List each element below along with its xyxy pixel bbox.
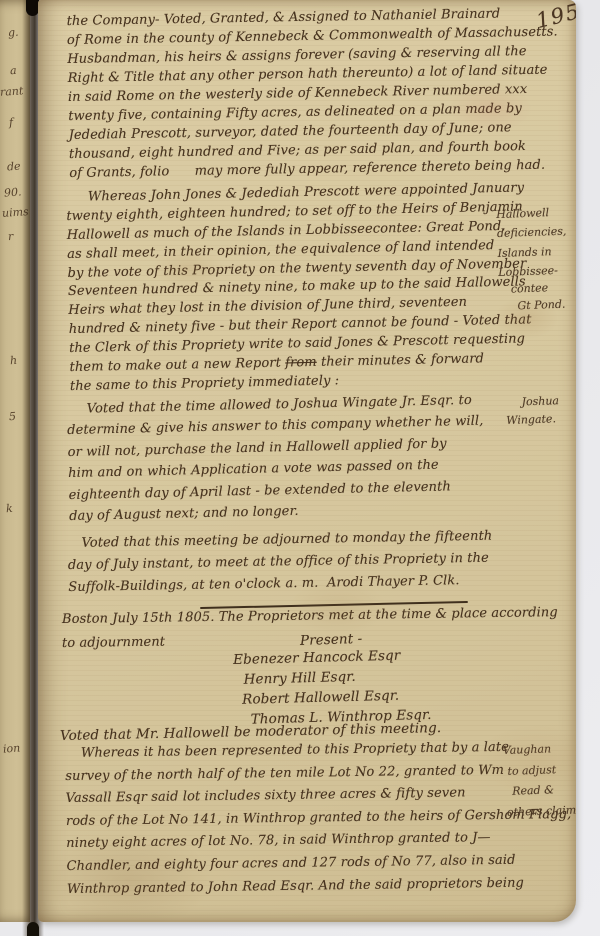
struck-word: from: [285, 355, 317, 371]
line-segment: them to make out a new Report: [69, 355, 285, 375]
margin-note-vaughan-claims: Vaughan to adjust Read & others claims.: [503, 741, 576, 826]
margin-note-line: deficiencies,: [497, 225, 567, 247]
attendee-list: Ebenezer Hancock Esqr Henry Hill Esqr. R…: [233, 647, 432, 732]
margin-note-line: Read &: [512, 782, 576, 805]
manuscript-line: Voted that Mr. Hallowell be moderator of…: [60, 720, 441, 744]
manuscript-scan: g. a rant f de 90. uims r h 5 k ion 195 …: [0, 0, 600, 936]
manuscript-line: Present -: [300, 631, 363, 649]
present-label: Present -: [300, 631, 363, 649]
sliver-fragment: f: [9, 116, 14, 129]
sliver-fragment: h: [10, 354, 18, 367]
margin-note-line: to adjust: [507, 762, 576, 785]
paragraph-vaughan-survey: Whereas it has been represented to this …: [65, 739, 573, 904]
sliver-fragment: g.: [8, 26, 19, 40]
sliver-fragment: rant: [0, 84, 24, 99]
margin-note-line: Islands in: [497, 244, 567, 266]
margin-note-line: Gt Pond.: [517, 297, 569, 318]
sliver-fragment: k: [6, 502, 14, 515]
paragraph-grant-brainard: the Company- Voted, Granted, & Assigned …: [67, 5, 561, 185]
adjournment-line: to adjournment: [62, 635, 165, 651]
manuscript-line: to adjournment: [62, 635, 165, 651]
manuscript-page: 195 the Company- Voted, Granted, & Assig…: [38, 0, 576, 922]
margin-note-line: Joshua: [521, 394, 559, 413]
paragraph-wingate-extension: Voted that the time allowed to Joshua Wi…: [67, 393, 486, 531]
margin-note-hallowell-deficiencies: Hallowell deficiencies, Islands in Lobbi…: [496, 206, 569, 320]
margin-note-line: contee: [511, 280, 569, 299]
margin-note-line: Hallowell: [496, 206, 566, 228]
sliver-fragment: 90.: [4, 185, 22, 199]
manuscript-line: Boston July 15th 1805. The Proprietors m…: [62, 605, 558, 627]
margin-note-joshua-wingate: Joshua Wingate.: [505, 394, 560, 432]
paragraph-adjournment: Voted that this meeting be adjourned to …: [67, 529, 493, 602]
sliver-fragment: 5: [9, 410, 17, 423]
moderator-vote-line: Voted that Mr. Hallowell be moderator of…: [60, 720, 441, 744]
paragraph-hallowell-report: Whereas John Jones & Jedediah Prescott w…: [66, 180, 533, 397]
line-segment: their minutes & forward: [317, 351, 485, 369]
sliver-fragment: ion: [3, 741, 21, 755]
sliver-fragment: a: [10, 64, 17, 77]
margin-note-line: Vaughan: [503, 741, 576, 764]
margin-note-line: Wingate.: [506, 412, 560, 432]
margin-note-line: others claims.: [507, 803, 576, 826]
sliver-fragment: de: [7, 160, 21, 174]
binding-bottom-mark: [27, 922, 39, 936]
sliver-fragment: r: [8, 230, 14, 243]
meeting-date-line: Boston July 15th 1805. The Proprietors m…: [62, 605, 558, 627]
